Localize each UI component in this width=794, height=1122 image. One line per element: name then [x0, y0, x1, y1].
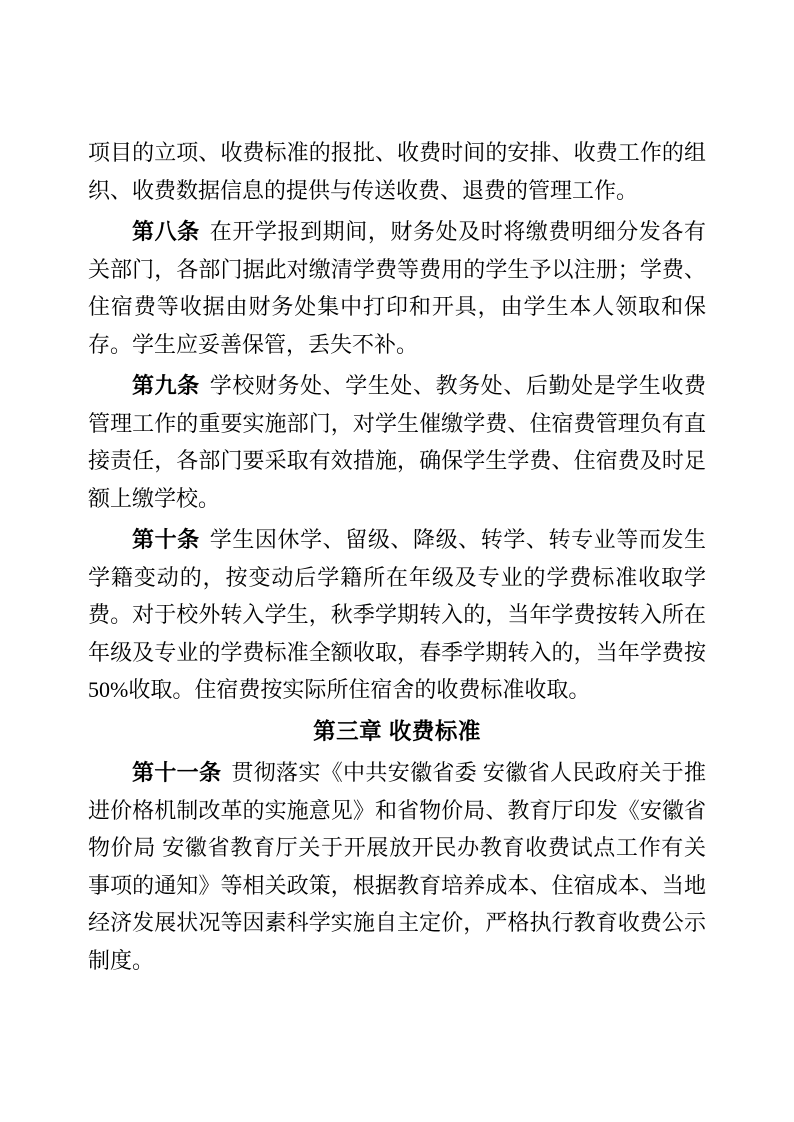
continuation-paragraph: 项目的立项、收费标准的报批、收费时间的安排、收费工作的组织、收费数据信息的提供与… [88, 134, 706, 209]
article-10-text: 学生因休学、留级、降级、转学、转专业等而发生学籍变动的，按变动后学籍所在年级及专… [88, 527, 706, 702]
chapter-heading: 第三章 收费标准 [88, 713, 706, 751]
article-10-label: 第十条 [132, 527, 200, 552]
article-10-paragraph: 第十条学生因休学、留级、降级、转学、转专业等而发生学籍变动的，按变动后学籍所在年… [88, 521, 706, 709]
article-11-text: 贯彻落实《中共安徽省委 安徽省人民政府关于推进价格机制改革的实施意见》和省物价局… [88, 760, 706, 973]
article-9-paragraph: 第九条学校财务处、学生处、教务处、后勤处是学生收费管理工作的重要实施部门，对学生… [88, 367, 706, 517]
article-8-paragraph: 第八条在开学报到期间，财务处及时将缴费明细分发各有关部门，各部门据此对缴清学费等… [88, 213, 706, 363]
article-11-label: 第十一条 [132, 760, 221, 785]
article-9-label: 第九条 [132, 373, 200, 398]
document-page: 项目的立项、收费标准的报批、收费时间的安排、收费工作的组织、收费数据信息的提供与… [0, 0, 794, 1122]
continuation-paragraph-text: 项目的立项、收费标准的报批、收费时间的安排、收费工作的组织、收费数据信息的提供与… [88, 140, 706, 203]
article-8-label: 第八条 [132, 219, 200, 244]
article-11-paragraph: 第十一条贯彻落实《中共安徽省委 安徽省人民政府关于推进价格机制改革的实施意见》和… [88, 754, 706, 979]
